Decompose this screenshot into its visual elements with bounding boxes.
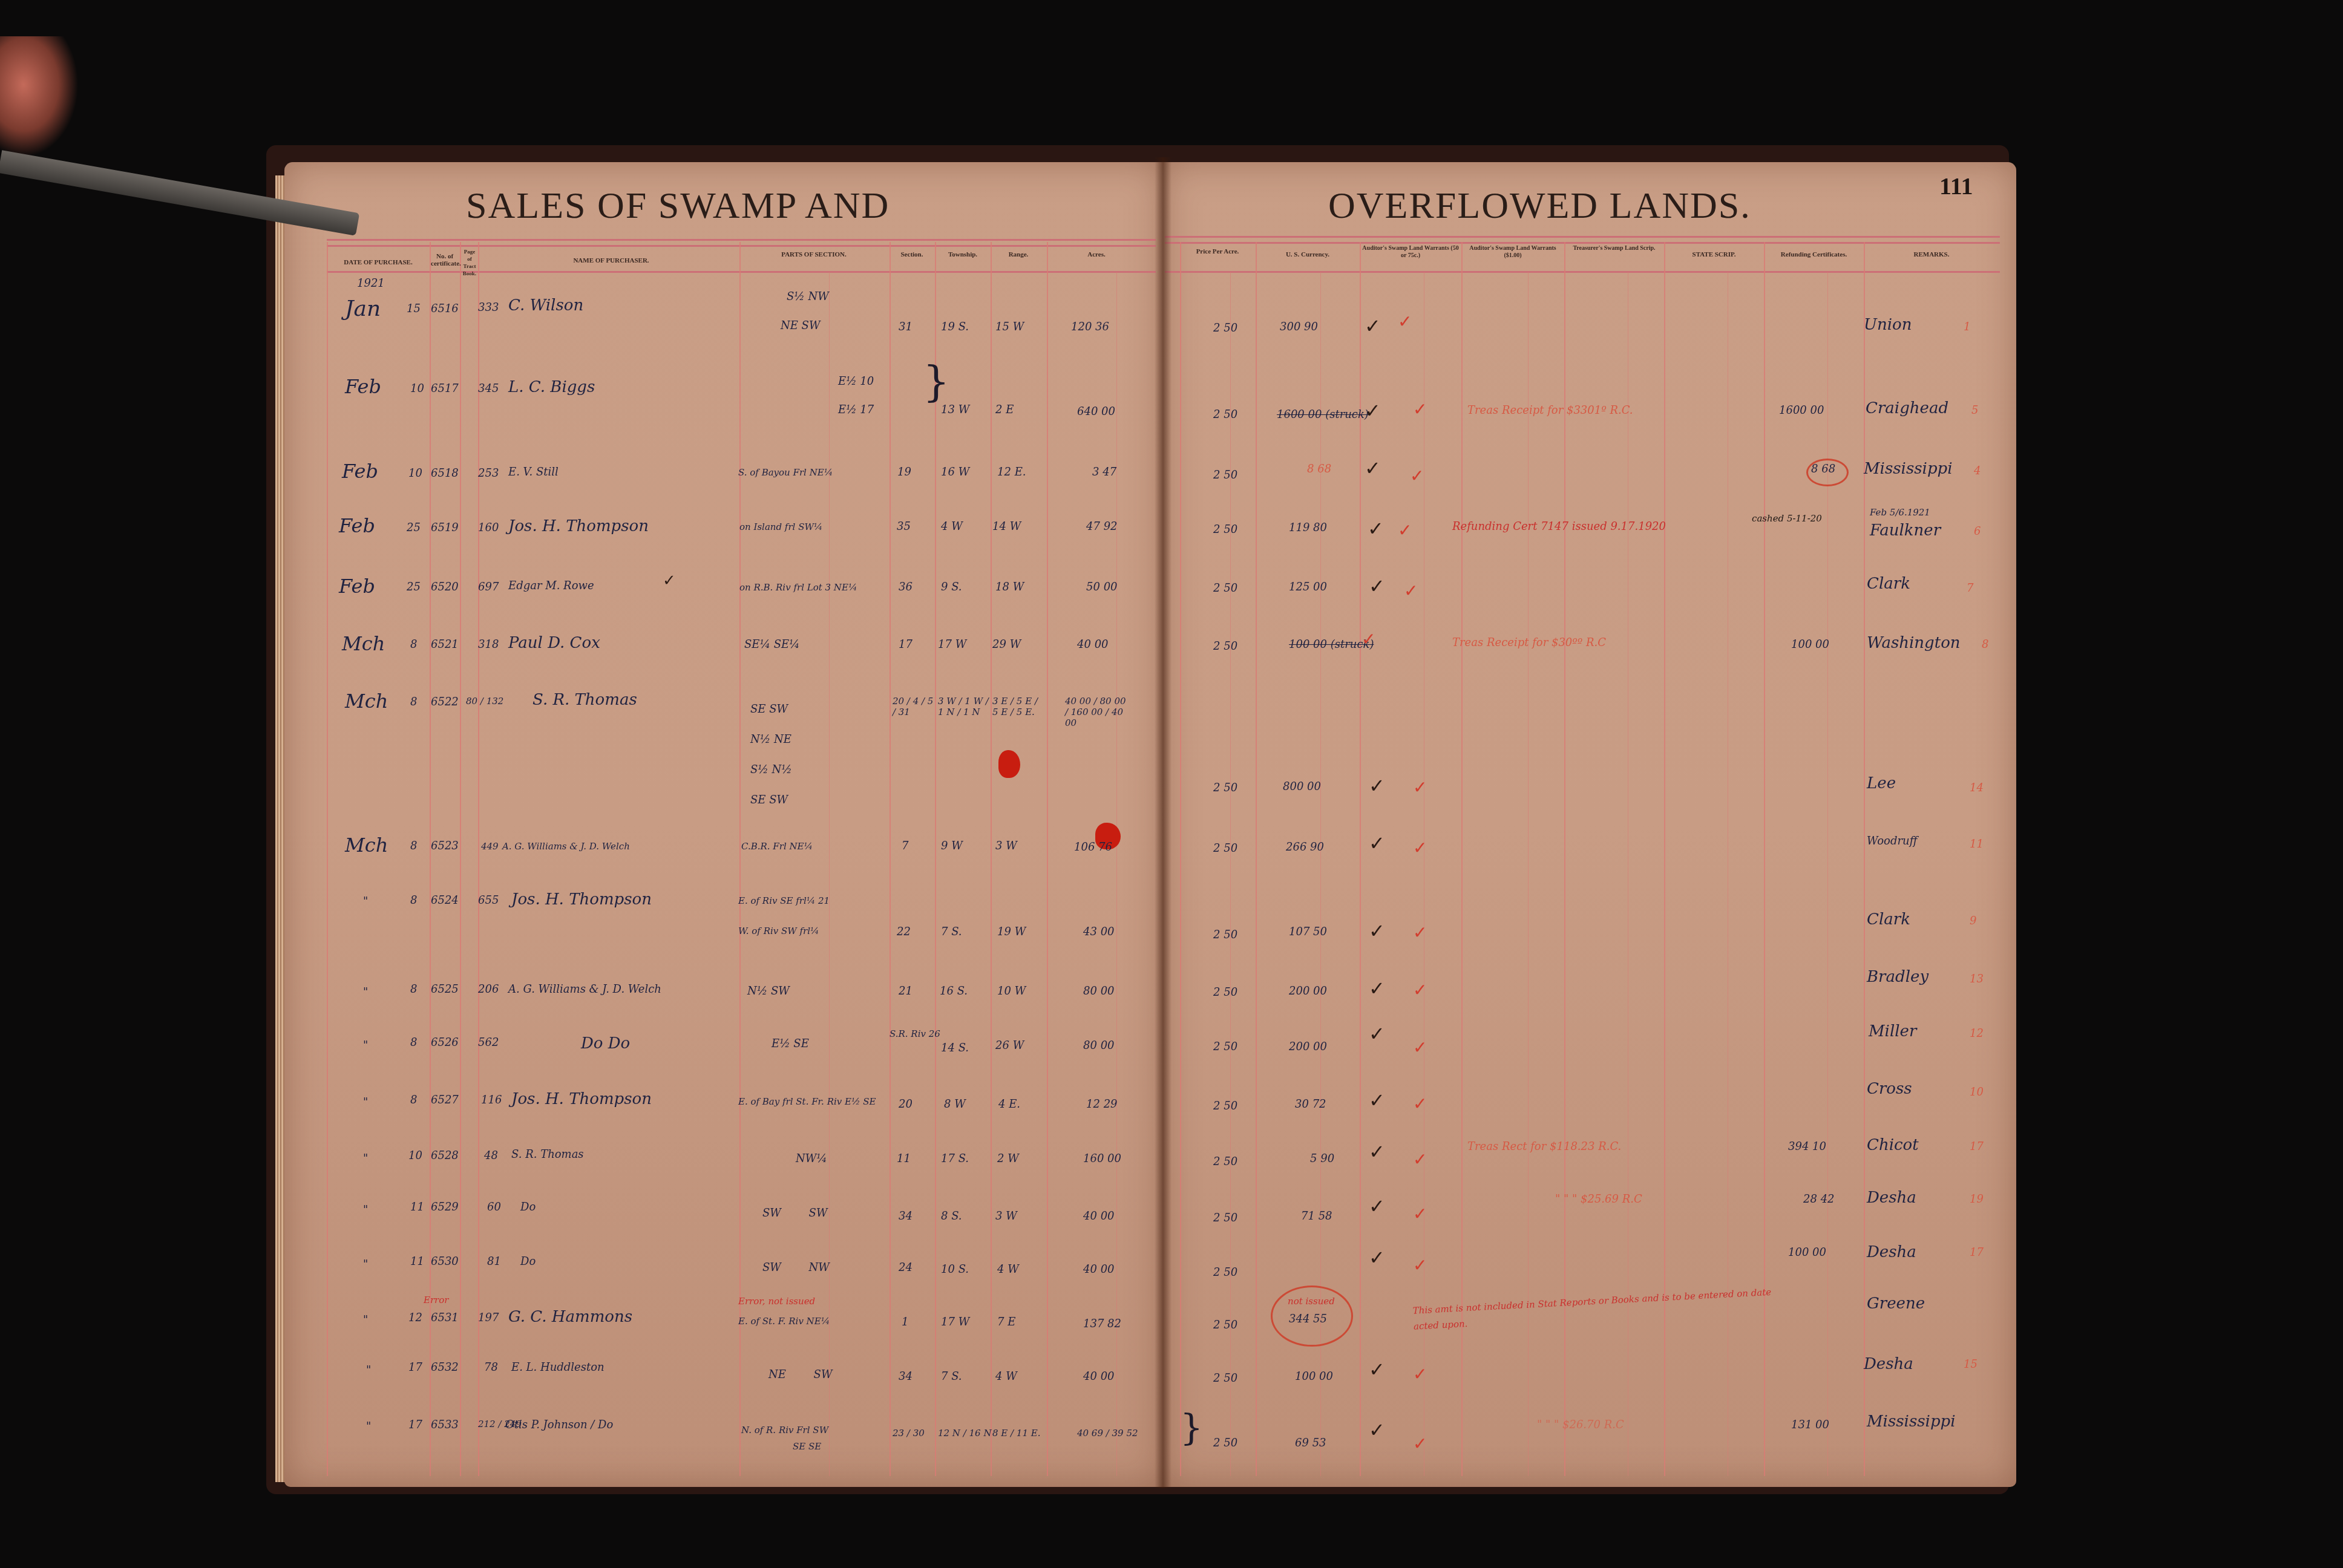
entry-township: 9 W — [941, 840, 963, 852]
grid-line — [935, 242, 936, 1476]
not-issued-note: not issued — [1288, 1296, 1335, 1307]
entry-section: 7 — [902, 840, 908, 852]
check-mark-icon: ✓ — [1413, 923, 1427, 943]
entry-price: 2 50 — [1213, 1212, 1237, 1224]
entry-currency: 266 90 — [1286, 841, 1324, 854]
entry-acres: 40 00 — [1077, 638, 1109, 651]
entry-acres: 50 00 — [1086, 581, 1118, 593]
check-mark-icon: ✓ — [1365, 457, 1381, 480]
entry-parts: W. of Riv SW frl¼ — [738, 926, 819, 936]
entry-range: 3 E / 5 E / 5 E / 5 E. — [992, 696, 1044, 717]
entry-price: 2 50 — [1213, 582, 1237, 595]
entry-currency: 30 72 — [1295, 1098, 1326, 1111]
entry-county-number: 8 — [1982, 638, 1988, 651]
entry-day: 8 — [410, 983, 417, 996]
entry-certificate: 6527 — [431, 1094, 459, 1106]
entry-purchaser: Jos. H. Thompson — [511, 890, 652, 909]
check-mark-icon: ✓ — [1369, 774, 1385, 797]
entry-range: 8 E / 11 E. — [992, 1428, 1040, 1439]
entry-treasury-note: Treas Rect for $118.23 R.C. — [1467, 1140, 1621, 1153]
entry-parts-line: S½ N½ — [750, 763, 792, 776]
entry-price: 2 50 — [1213, 1372, 1237, 1385]
entry-county: Woodruff — [1867, 835, 1917, 848]
entry-county: Chicot — [1867, 1136, 1919, 1154]
entry-day: 10 — [408, 467, 422, 480]
check-mark-icon: ✓ — [1398, 520, 1412, 541]
entry-range: 7 E — [997, 1316, 1015, 1328]
entry-tract-page: 697 — [478, 581, 499, 593]
check-mark-icon: ✓ — [1413, 1255, 1427, 1276]
entry-currency-struck: 1600 00 (struck) — [1277, 408, 1369, 421]
entry-township: 9 S. — [941, 581, 962, 593]
entry-cashed-note: cashed 5-11-20 — [1752, 513, 1822, 524]
entry-section: 20 / 4 / 5 / 31 — [893, 696, 935, 717]
entry-day: 8 — [410, 1036, 417, 1049]
entry-county-number: 6 — [1974, 525, 1981, 538]
check-mark-icon: ✓ — [1413, 1149, 1427, 1170]
entry-purchaser: E. L. Huddleston — [511, 1361, 605, 1374]
check-mark-icon: ✓ — [1413, 1094, 1427, 1114]
entry-parts: C.B.R. Frl NE¼ — [741, 841, 813, 852]
check-mark-icon: ✓ — [1365, 399, 1381, 422]
check-mark-icon: ✓ — [1369, 1140, 1385, 1163]
entry-township: 13 W — [941, 403, 969, 416]
error-not-issued-note: Error, not issued — [738, 1296, 815, 1307]
entry-certificate: 6531 — [431, 1312, 459, 1324]
check-mark-icon: ✓ — [1413, 399, 1427, 420]
grid-line — [991, 242, 992, 1476]
entry-purchaser: Do Do — [581, 1034, 630, 1053]
entry-certificate: 6517 — [431, 382, 459, 395]
check-mark-icon: ✓ — [1413, 1204, 1427, 1224]
entry-certificate: 6525 — [431, 983, 459, 996]
entry-county: Greene — [1867, 1295, 1925, 1313]
entry-month: " — [363, 895, 368, 908]
entry-refund: 8 68 — [1811, 463, 1835, 475]
entry-tract-page: 80 / 132 — [466, 696, 503, 707]
entry-day: 11 — [410, 1255, 424, 1268]
entry-tract-page: 116 — [481, 1094, 502, 1106]
red-wax-blot — [998, 750, 1020, 778]
page-title-left: SALES OF SWAMP AND — [466, 185, 890, 227]
entry-parts-line: SE SW — [750, 794, 788, 806]
entry-county-number: 13 — [1970, 973, 1984, 985]
entry-county-number: 15 — [1964, 1358, 1978, 1371]
entry-treasury-note: " " " $26.70 R.C — [1537, 1419, 1624, 1431]
entry-parts-line: N½ NE — [750, 733, 791, 746]
check-mark-icon: ✓ — [1413, 838, 1427, 858]
entry-currency: 200 00 — [1289, 985, 1327, 998]
entry-refund: 100 00 — [1791, 638, 1829, 651]
check-mark-icon: ✓ — [1369, 832, 1385, 855]
header-tract: Page of Tract Book. — [461, 248, 478, 277]
entry-range: 3 W — [995, 840, 1017, 852]
entry-price: 2 50 — [1213, 986, 1237, 999]
entry-parts: SW NW — [762, 1261, 830, 1274]
entry-section: 34 — [899, 1210, 913, 1223]
grid-line — [1564, 242, 1565, 1476]
entry-day: 25 — [407, 581, 421, 593]
header-parts: PARTS OF SECTION. — [741, 251, 886, 258]
entry-tract-page: 48 — [484, 1149, 498, 1162]
page-title-right: OVERFLOWED LANDS. — [1328, 185, 1751, 227]
grid-line — [890, 242, 891, 1476]
entry-tract-page: 449 — [481, 841, 499, 852]
brace-icon: } — [923, 357, 950, 407]
entry-currency: 300 90 — [1280, 321, 1318, 333]
entry-parts: NE SW — [768, 1368, 832, 1381]
entry-township: 16 S. — [940, 985, 968, 998]
entry-acres: 640 00 — [1077, 405, 1115, 418]
background-object — [0, 36, 79, 157]
entry-currency: 5 90 — [1310, 1152, 1334, 1165]
entry-price: 2 50 — [1213, 1319, 1237, 1331]
entry-tract-page: 562 — [478, 1036, 499, 1049]
entry-range: 26 W — [995, 1039, 1024, 1052]
entry-refund: 394 10 — [1788, 1140, 1826, 1153]
entry-section: 34 — [899, 1370, 913, 1383]
entry-day: 10 — [408, 1149, 422, 1162]
grid-line — [1864, 242, 1865, 1476]
entry-month: " — [363, 1204, 368, 1217]
entry-acres: 40 69 / 39 52 — [1077, 1428, 1138, 1439]
entry-township: 7 S. — [941, 926, 962, 938]
entry-county-number: 7 — [1967, 582, 1973, 595]
entry-refund: 100 00 — [1788, 1246, 1826, 1259]
entry-month: Feb — [339, 575, 375, 598]
entry-day: 8 — [410, 894, 417, 907]
entry-parts: S½ NW — [787, 290, 829, 303]
header-auditor-warrants-50: Auditor's Swamp Land Warrants (50 or 75c… — [1361, 245, 1460, 260]
entry-section: 11 — [897, 1152, 911, 1165]
entry-certificate: 6524 — [431, 894, 459, 907]
entry-county: Craighead — [1866, 399, 1948, 417]
entry-day: 8 — [410, 1094, 417, 1106]
entry-county-number: 17 — [1970, 1140, 1984, 1153]
entry-township: 16 W — [941, 466, 969, 479]
check-mark-icon: ✓ — [1369, 920, 1385, 942]
header-remarks: REMARKS. — [1865, 251, 1998, 258]
entry-county: Clark — [1867, 910, 1910, 929]
entry-day: 17 — [408, 1361, 422, 1374]
grid-line — [1180, 242, 1181, 1476]
entry-section: 17 — [899, 638, 913, 651]
entry-section: 31 — [899, 321, 913, 333]
entry-acres: 3 47 — [1092, 466, 1116, 479]
check-mark-icon: ✓ — [1413, 1037, 1427, 1058]
check-mark-icon: ✓ — [1413, 1434, 1427, 1454]
entry-county: Faulkner — [1870, 521, 1941, 540]
entry-month: " — [363, 1096, 368, 1109]
entry-currency: 8 68 — [1307, 463, 1331, 475]
entry-acres: 106 76 — [1074, 841, 1112, 854]
header-rule-top2-right — [1165, 242, 2000, 244]
entry-county: Clark — [1867, 575, 1910, 593]
entry-range: 14 W — [992, 520, 1021, 533]
entry-day: 10 — [410, 382, 424, 395]
header-state-scrip: STATE SCRIP. — [1665, 251, 1763, 258]
entry-month: Feb — [345, 375, 381, 398]
entry-acres: 40 00 — [1083, 1210, 1115, 1223]
entry-parts: SE¼ SE¼ — [744, 638, 800, 651]
entry-purchaser: Paul D. Cox — [508, 634, 600, 652]
entry-purchaser: A. G. Williams & J. D. Welch — [502, 841, 630, 852]
entry-purchaser: G. C. Hammons — [508, 1308, 632, 1326]
entry-currency: 119 80 — [1289, 521, 1327, 534]
grid-line — [460, 242, 461, 1476]
grid-line — [1528, 272, 1529, 1476]
entry-township: 4 W — [941, 520, 963, 533]
grid-line — [1461, 242, 1463, 1476]
entry-acres: 40 00 / 80 00 / 160 00 / 40 00 — [1065, 696, 1132, 728]
entry-county-number: 4 — [1974, 465, 1981, 477]
entry-section: 23 / 30 — [893, 1428, 925, 1439]
entry-range: 2 E — [995, 403, 1014, 416]
entry-month: Mch — [342, 632, 385, 655]
entry-range: 12 E. — [997, 466, 1026, 479]
left-page — [284, 162, 1163, 1487]
entry-certificate: 6530 — [431, 1255, 459, 1268]
entry-purchaser: Otis P. Johnson / Do — [505, 1419, 613, 1431]
entry-county-number: 12 — [1970, 1027, 1984, 1040]
entry-county: Desha — [1867, 1243, 1916, 1261]
entry-acres: 40 00 — [1083, 1370, 1115, 1383]
entry-acres: 12 29 — [1086, 1098, 1118, 1111]
entry-certificate: 6529 — [431, 1201, 459, 1214]
entry-range: 3 W — [995, 1210, 1017, 1223]
entry-parts: E½ 17 — [838, 403, 874, 416]
entry-section: 24 — [899, 1261, 913, 1274]
entry-county-number: 17 — [1970, 1246, 1984, 1259]
check-mark-icon: ✓ — [1369, 575, 1385, 598]
entry-acres: 40 00 — [1083, 1263, 1115, 1276]
entry-currency: 800 00 — [1283, 780, 1321, 793]
entry-township: 14 S. — [941, 1042, 969, 1054]
grid-line — [1230, 272, 1231, 1476]
entry-parts: NE SW — [781, 319, 820, 332]
check-mark-icon: ✓ — [1413, 980, 1427, 1001]
entry-parts: S. of Bayou Frl NE¼ — [738, 467, 833, 478]
entry-price: 2 50 — [1213, 1266, 1237, 1279]
entry-county: Desha — [1864, 1355, 1913, 1373]
entry-tract-page: 60 — [487, 1201, 501, 1214]
entry-certificate: 6523 — [431, 840, 459, 852]
entry-certificate: 6516 — [431, 302, 459, 315]
entry-county: Lee — [1867, 774, 1896, 792]
entry-day: 8 — [410, 696, 417, 708]
entry-purchaser: S. R. Thomas — [532, 691, 637, 709]
check-mark-icon: ✓ — [1404, 581, 1418, 601]
grid-line — [430, 242, 431, 1476]
entry-parts: SE SE — [793, 1441, 821, 1452]
entry-township: 8 W — [944, 1098, 966, 1111]
entry-acres: 120 36 — [1071, 321, 1109, 333]
header-date: DATE OF PURCHASE. — [330, 259, 427, 266]
entry-price: 2 50 — [1213, 1040, 1237, 1053]
entry-currency: 107 50 — [1289, 926, 1327, 938]
entry-price: 2 50 — [1213, 408, 1237, 421]
entry-county-number: 14 — [1970, 782, 1984, 794]
entry-township: 10 S. — [941, 1263, 969, 1276]
entry-day: 11 — [410, 1201, 424, 1214]
entry-refund: 28 42 — [1803, 1193, 1835, 1206]
entry-township: 17 S. — [941, 1152, 969, 1165]
entry-parts: E. of St. F. Riv NE¼ — [738, 1316, 830, 1327]
check-mark-icon: ✓ — [1369, 1089, 1385, 1112]
entry-parts: on Island frl SW¼ — [739, 521, 822, 532]
grid-line — [327, 242, 328, 1476]
entry-price: 2 50 — [1213, 929, 1237, 941]
entry-parts: N½ SW — [747, 985, 790, 998]
header-cert: No. of certificate. — [431, 253, 459, 267]
entry-acres: 137 82 — [1083, 1318, 1121, 1330]
entry-price: 2 50 — [1213, 842, 1237, 855]
entry-certificate: 6533 — [431, 1419, 459, 1431]
entry-day: 8 — [410, 638, 417, 651]
entry-tract-page: 318 — [478, 638, 499, 651]
entry-county-number: 11 — [1970, 838, 1984, 851]
entry-range: 4 W — [995, 1370, 1017, 1383]
entry-month: " — [363, 1152, 368, 1165]
page-number: 111 — [1939, 172, 1973, 200]
entry-purchaser: Do — [520, 1255, 536, 1268]
entry-currency: 125 00 — [1289, 581, 1327, 593]
entry-range: 18 W — [995, 581, 1024, 593]
entry-county: Mississippi — [1867, 1413, 1956, 1431]
entry-currency: 344 55 — [1289, 1313, 1327, 1325]
entry-treasury-note: " " " $25.69 R.C — [1555, 1193, 1642, 1206]
entry-purchaser: E. V. Still — [508, 466, 559, 479]
entry-day: 15 — [407, 302, 421, 315]
entry-acres: 47 92 — [1086, 520, 1118, 533]
entry-range: 19 W — [997, 926, 1026, 938]
entry-county-number: 19 — [1970, 1193, 1984, 1206]
grid-line — [1424, 272, 1424, 1476]
entry-acres: 80 00 — [1083, 985, 1115, 998]
entry-refund: 1600 00 — [1779, 404, 1824, 417]
entry-certificate: 6526 — [431, 1036, 459, 1049]
entry-parts: on R.B. Riv frl Lot 3 NE¼ — [739, 582, 857, 593]
entry-currency: 71 58 — [1301, 1210, 1332, 1223]
entry-county: Union — [1864, 316, 1912, 334]
entry-section: S.R. Riv 26 — [890, 1028, 940, 1039]
entry-price: 2 50 — [1213, 1100, 1237, 1112]
entry-treasury-note: Treas Receipt for $3301º R.C. — [1467, 404, 1633, 417]
entry-parts: N. of R. Riv Frl SW — [741, 1425, 828, 1436]
entry-purchaser: Do — [520, 1201, 536, 1214]
header-rule-bottom — [327, 271, 1156, 273]
error-mark: Error — [424, 1295, 449, 1305]
entry-township: 3 W / 1 W / 1 N / 1 N — [938, 696, 989, 717]
entry-tract-page: 197 — [478, 1312, 499, 1324]
entry-tract-page: 81 — [487, 1255, 501, 1268]
entry-county-number: 1 — [1964, 321, 1970, 333]
entry-price: 2 50 — [1213, 1437, 1237, 1449]
grid-line — [1116, 272, 1117, 1476]
entry-price: 2 50 — [1213, 640, 1237, 653]
header-rule-top-right — [1165, 236, 2000, 238]
entry-month: Mch — [345, 834, 388, 857]
entry-price: 2 50 — [1213, 523, 1237, 536]
entry-price: 2 50 — [1213, 469, 1237, 482]
entry-month: " — [363, 1258, 368, 1271]
entry-section: 35 — [897, 520, 911, 533]
entry-price: 2 50 — [1213, 782, 1237, 794]
check-mark-icon: ✓ — [1362, 629, 1375, 650]
check-mark-icon: ✓ — [1413, 777, 1427, 798]
entry-section: 20 — [899, 1098, 913, 1111]
entry-month: " — [363, 1314, 368, 1327]
grid-line — [739, 242, 741, 1476]
check-mark-icon: ✓ — [1369, 1022, 1385, 1045]
entry-township: 7 S. — [941, 1370, 962, 1383]
entry-tract-page: 345 — [478, 382, 499, 395]
entry-acres: 43 00 — [1083, 926, 1115, 938]
entry-tract-page: 655 — [478, 894, 499, 907]
entry-parts: E. of Riv SE frl¼ 21 — [738, 895, 830, 906]
header-refunding-certificates: Refunding Certificates. — [1765, 251, 1863, 258]
entry-purchaser: C. Wilson — [508, 296, 583, 315]
entry-tract-page: 253 — [478, 467, 499, 480]
check-mark-icon: ✓ — [663, 572, 676, 590]
entry-county-number: 5 — [1971, 404, 1978, 417]
entry-month: Feb — [339, 514, 375, 537]
entry-county: Washington — [1867, 634, 1961, 652]
right-page — [1163, 162, 2016, 1487]
entry-day: 12 — [408, 1312, 422, 1324]
entry-county: Bradley — [1867, 968, 1928, 986]
entry-remark-extra: Feb 5/6.1921 — [1870, 507, 1930, 518]
entry-parts-line: SE SW — [750, 703, 788, 716]
grid-line — [1360, 242, 1361, 1476]
entry-county-number: 9 — [1970, 915, 1976, 927]
entry-section: 1 — [902, 1316, 908, 1328]
check-mark-icon: ✓ — [1369, 1195, 1385, 1218]
entry-day: 8 — [410, 840, 417, 852]
entry-month: " — [363, 986, 368, 999]
entry-certificate: 6520 — [431, 581, 459, 593]
entry-county: Miller — [1869, 1022, 1916, 1040]
check-mark-icon: ✓ — [1368, 517, 1384, 540]
entry-acres: 80 00 — [1083, 1039, 1115, 1052]
header-range: Range. — [992, 251, 1045, 258]
header-name: NAME OF PURCHASER. — [484, 257, 738, 264]
entry-certificate: 6518 — [431, 467, 459, 480]
entry-treasury-note: Treas Receipt for $30ºº R.C — [1452, 636, 1606, 649]
header-rule-bottom-right — [1165, 271, 2000, 273]
entry-month: " — [366, 1364, 371, 1377]
entry-refund: 131 00 — [1791, 1419, 1829, 1431]
grid-line — [1047, 242, 1048, 1476]
entry-day: 25 — [407, 521, 421, 534]
check-mark-icon: ✓ — [1410, 466, 1424, 486]
entry-acres: 160 00 — [1083, 1152, 1121, 1165]
entry-parts: NW¼ — [796, 1152, 827, 1165]
entry-certificate: 6521 — [431, 638, 459, 651]
grid-line — [478, 242, 479, 1476]
entry-purchaser: Jos. H. Thompson — [511, 1090, 652, 1108]
header-currency: U. S. Currency. — [1257, 251, 1358, 258]
header-treasurer-scrip: Treasurer's Swamp Land Scrip. — [1565, 245, 1663, 252]
entry-month: Mch — [345, 690, 388, 713]
entry-section: 21 — [899, 985, 913, 998]
entry-purchaser: S. R. Thomas — [511, 1148, 584, 1161]
entry-township: 12 N / 16 N — [938, 1428, 992, 1439]
entry-parts: E½ 10 — [838, 375, 874, 388]
grid-line — [1256, 242, 1257, 1476]
entry-purchaser: L. C. Biggs — [508, 378, 595, 396]
entry-month: Jan — [345, 296, 381, 321]
